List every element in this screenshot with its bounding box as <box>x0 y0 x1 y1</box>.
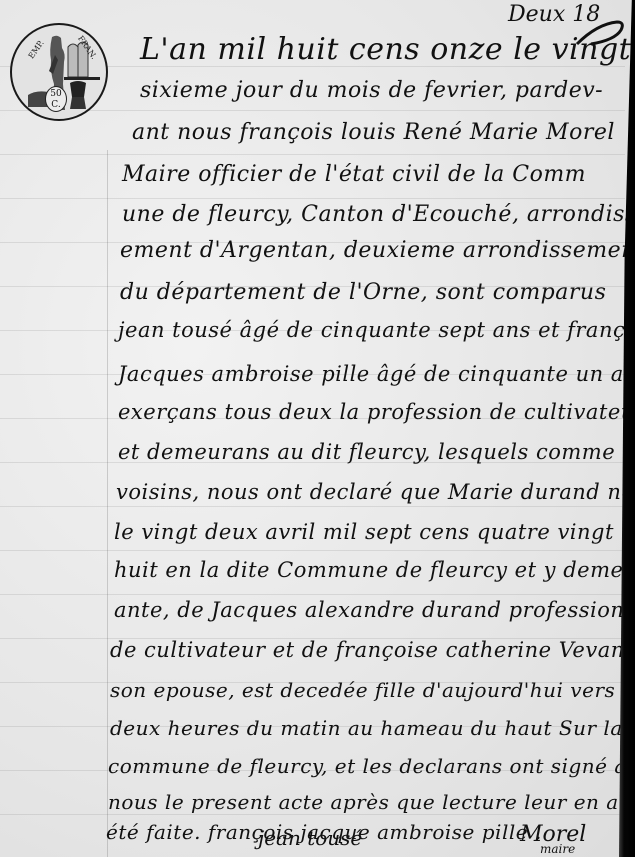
text-line-2: sixieme jour du mois de fevrier, pardev- <box>140 78 603 103</box>
text-line-19: commune de fleurcy, et les declarans ont… <box>108 754 635 778</box>
text-line-13: le vingt deux avril mil sept cens quatre… <box>114 520 614 544</box>
ruled-line <box>0 154 625 155</box>
text-line-10: exerçans tous deux la profession de cult… <box>118 400 635 424</box>
document-page: EMP. FRAN. 50 C. Deux 18 L'an mil huit c… <box>0 0 635 857</box>
text-line-15: ante, de Jacques alexandre durand profes… <box>114 598 624 622</box>
text-line-14: huit en la dite Commune de fleurcy et y … <box>114 558 635 582</box>
ruled-line <box>0 550 625 551</box>
witness-signature: jean tousé <box>258 826 362 850</box>
text-line-1: L'an mil huit cens onze le vingt <box>140 32 631 67</box>
ruled-line <box>0 198 625 199</box>
ruled-line <box>0 814 625 815</box>
text-line-3: ant nous françois louis René Marie Morel <box>132 120 615 145</box>
stamp-value: 50 C. <box>45 86 67 112</box>
ruled-line <box>0 506 625 507</box>
text-line-18: deux heures du matin au hameau du haut S… <box>110 716 623 740</box>
mayor-title: maire <box>540 842 575 856</box>
text-line-7: du département de l'Orne, sont comparus <box>120 280 606 305</box>
text-line-11: et demeurans au dit fleurcy, lesquels co… <box>118 440 615 464</box>
text-line-16: de cultivateur et de françoise catherine… <box>110 638 625 662</box>
stamp-value-unit: C. <box>46 100 66 111</box>
margin-line <box>107 150 108 857</box>
text-line-20: nous le present acte après que lecture l… <box>108 790 619 814</box>
text-line-4: Maire officier de l'état civil de la Com… <box>122 162 586 187</box>
text-line-17: son epouse, est decedée fille d'aujourd'… <box>110 678 635 702</box>
tax-stamp: EMP. FRAN. 50 C. <box>10 23 108 121</box>
text-line-5: une de fleurcy, Canton d'Ecouché, arrond… <box>122 202 635 227</box>
text-line-8: jean tousé âgé de cinquante sept ans et … <box>118 318 635 342</box>
stamp-value-number: 50 <box>46 89 66 100</box>
text-line-9: Jacques ambroise pille âgé de cinquante … <box>118 362 635 386</box>
ruled-line <box>0 594 625 595</box>
text-line-6: ement d'Argentan, deuxieme arrondissemen… <box>120 238 635 263</box>
text-line-12: voisins, nous ont declaré que Marie dura… <box>116 480 635 504</box>
page-edge-shadow <box>619 0 635 857</box>
